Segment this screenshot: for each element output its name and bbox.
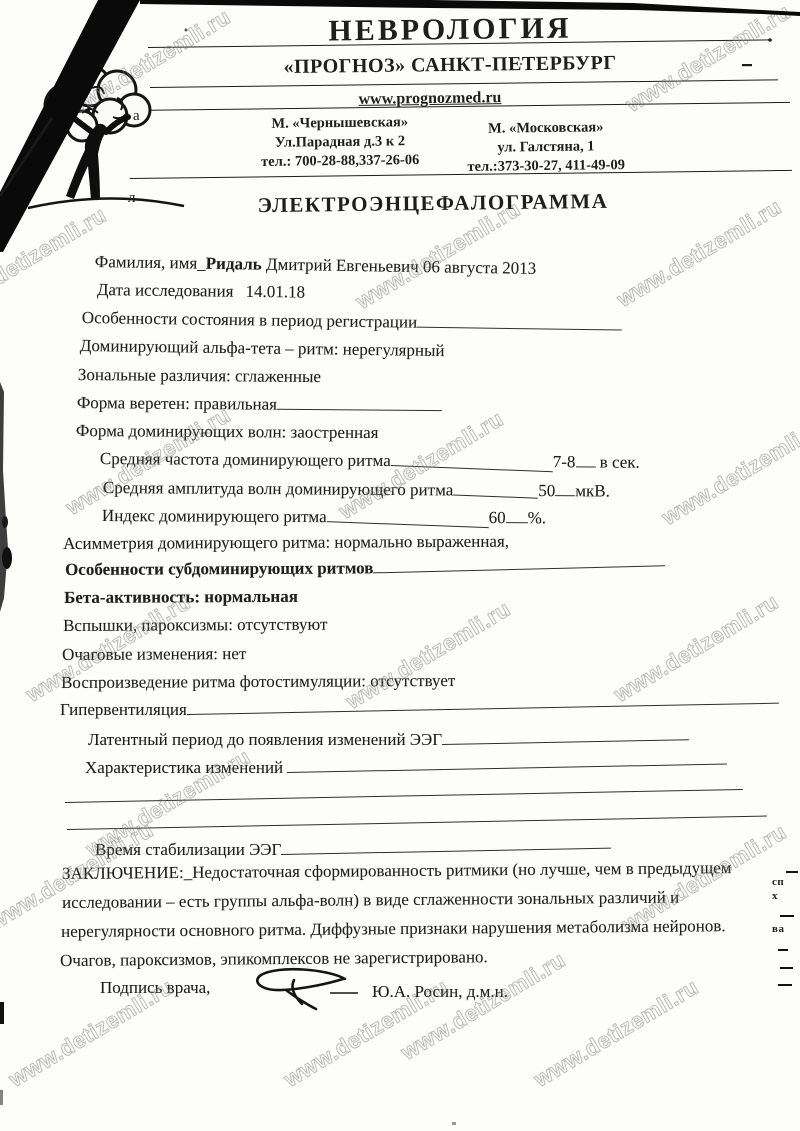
blank-line bbox=[442, 739, 689, 745]
field-photostimulation: Воспроизведение ритма фотостимуляции: от… bbox=[61, 671, 455, 693]
field-asymmetry: Асимметрия доминирующего ритма: нормальн… bbox=[63, 532, 509, 554]
left-edge-blob bbox=[2, 547, 12, 569]
clinic-website-link: www.prognozmed.ru bbox=[150, 87, 710, 112]
field-mean-amplitude: Средняя амплитуда волн доминирующего рит… bbox=[103, 478, 610, 502]
stray-letter-a: а bbox=[133, 108, 140, 125]
watermark: www.detizemli.ru bbox=[530, 967, 715, 1092]
watermark: www.detizemli.ru bbox=[658, 405, 800, 530]
field-label: Гипервентиляция bbox=[60, 700, 187, 719]
blank-line bbox=[65, 789, 743, 803]
location-moskovskaya: М. «Московская» ул. Галстяна, 1 тел.:373… bbox=[456, 118, 637, 177]
field-dominant-wave-shape: Форма доминирующих волн: заостренная bbox=[76, 421, 379, 443]
patient-surname: Ридаль bbox=[206, 254, 262, 274]
field-value: 7-8 bbox=[553, 452, 576, 471]
blank-line bbox=[67, 816, 767, 830]
field-alpha-theta-rhythm: Доминирующий альфа-тета – ритм: нерегуля… bbox=[80, 336, 445, 361]
blank-line bbox=[373, 565, 665, 573]
field-label: Время стабилизации ЭЭГ bbox=[95, 840, 281, 859]
doctor-signature-scribble bbox=[250, 966, 365, 1019]
blank-line bbox=[575, 466, 595, 467]
document-title: ЭЛЕКТРОЭНЦЕФАЛОГРАММА bbox=[133, 187, 733, 219]
field-beta-activity: Бета-активность: нормальная bbox=[64, 587, 298, 608]
field-label: Форма веретен: правильная bbox=[77, 393, 277, 414]
street-address: Ул.Парадная д.3 к 2 bbox=[250, 132, 430, 153]
conclusion-text: нерегулярности основного ритма. Диффузны… bbox=[61, 916, 726, 941]
edge-mark bbox=[778, 949, 788, 951]
blank-line bbox=[187, 703, 779, 715]
field-zonal-differences: Зональные различия: сглаженные bbox=[78, 365, 321, 387]
field-text: Бета-активность: нормальная bbox=[64, 587, 298, 607]
field-unit: в сек. bbox=[595, 452, 639, 471]
blank-line bbox=[453, 494, 538, 498]
edge-text-fragment: ва bbox=[772, 923, 784, 935]
scanned-eeg-report-page: а л НЕВРОЛОГИЯ «ПРОГНОЗ» САНКТ-ПЕТЕРБУРГ… bbox=[0, 0, 800, 1131]
left-edge-sliver bbox=[0, 382, 8, 612]
field-label: Характеристика изменений bbox=[85, 758, 287, 777]
field-latent-period: Латентный период до появления изменений … bbox=[88, 730, 689, 750]
field-label: Фамилия, имя_ bbox=[95, 252, 206, 273]
stray-letter-l: л bbox=[128, 190, 136, 207]
field-text: Асимметрия доминирующего ритма: нормальн… bbox=[63, 532, 509, 553]
doctor-name: Ю.А. Росин, д.м.н. bbox=[372, 982, 508, 1002]
brain-tree-icon bbox=[22, 58, 192, 216]
edge-mark bbox=[780, 915, 794, 917]
left-edge-mark bbox=[0, 1090, 3, 1105]
street-address: ул. Галстяна, 1 bbox=[456, 137, 636, 158]
patient-name-rest: Дмитрий Евгеньевич 06 августа 2013 bbox=[262, 255, 537, 278]
field-label: Подпись врача, bbox=[100, 978, 210, 997]
signature-label: Подпись врача, bbox=[100, 978, 210, 998]
left-edge-blob bbox=[2, 516, 8, 528]
field-patient-name: Фамилия, имя_Ридаль Дмитрий Евгеньевич 0… bbox=[95, 252, 537, 279]
field-study-date: Дата исследования14.01.18 bbox=[97, 280, 305, 303]
field-stabilization-time: Время стабилизации ЭЭГ bbox=[95, 840, 611, 860]
blank-line bbox=[506, 522, 528, 523]
blank-line bbox=[555, 495, 575, 496]
clinic-name: «ПРОГНОЗ» САНКТ-ПЕТЕРБУРГ bbox=[150, 50, 750, 80]
field-label: Дата исследования bbox=[97, 280, 234, 301]
field-focal-changes: Очаговые изменения: нет bbox=[62, 644, 246, 665]
field-text: Вспышки, пароксизмы: отсутствуют bbox=[63, 615, 327, 635]
field-dominant-rhythm-index: Индекс доминирующего ритма60%. bbox=[102, 506, 546, 528]
watermark: www.detizemli.ru bbox=[342, 589, 527, 714]
field-value: Ю.А. Росин, д.м.н. bbox=[372, 982, 508, 1001]
phone-numbers: тел.: 700-28-88,337-26-06 bbox=[250, 151, 430, 172]
clinic-brain-tree-logo bbox=[22, 58, 192, 221]
field-label: Средняя амплитуда волн доминирующего рит… bbox=[103, 478, 454, 499]
field-value: 60 bbox=[489, 508, 506, 527]
edge-mark bbox=[786, 871, 798, 873]
field-flashes-paroxysms: Вспышки, пароксизмы: отсутствуют bbox=[63, 615, 327, 636]
field-hyperventilation: Гипервентиляция bbox=[60, 700, 779, 720]
field-value: 14.01.18 bbox=[245, 282, 305, 302]
field-registration-state: Особенности состояния в период регистрац… bbox=[82, 308, 623, 336]
speck bbox=[452, 1122, 456, 1125]
blank-line bbox=[391, 465, 553, 472]
field-value: 50 bbox=[538, 481, 555, 500]
location-chernyshevskaya: М. «Чернышевская» Ул.Парадная д.3 к 2 те… bbox=[250, 113, 431, 172]
left-edge-mark bbox=[0, 1002, 4, 1024]
edge-text-fragment: х bbox=[772, 890, 778, 902]
field-spindle-shape: Форма веретен: правильная bbox=[77, 393, 442, 416]
field-change-characteristics: Характеристика изменений bbox=[85, 758, 727, 778]
blank-line bbox=[417, 327, 622, 331]
conclusion-line-1: ЗАКЛЮЧЕНИЕ:_Недостаточная сформированнос… bbox=[62, 858, 732, 884]
edge-mark bbox=[780, 967, 793, 969]
conclusion-text: ЗАКЛЮЧЕНИЕ:_Недостаточная сформированнос… bbox=[62, 858, 732, 883]
field-unit: мкВ. bbox=[575, 481, 610, 500]
field-label: Индекс доминирующего ритма bbox=[102, 506, 327, 526]
field-label: Средняя частота доминирующего ритма bbox=[100, 449, 391, 470]
conclusion-line-2: исследовании – есть группы альфа-волн) в… bbox=[62, 888, 679, 913]
field-text: Очаговые изменения: нет bbox=[62, 644, 246, 664]
field-label: Особенности субдоминирующих ритмов bbox=[65, 558, 373, 579]
field-text: Доминирующий альфа-тета – ритм: нерегуля… bbox=[80, 336, 445, 360]
watermark: www.detizemli.ru bbox=[610, 582, 795, 707]
field-unit: %. bbox=[528, 508, 547, 527]
blank-line bbox=[281, 848, 611, 855]
field-text: Зональные различия: сглаженные bbox=[78, 365, 321, 386]
blank-line bbox=[287, 764, 727, 773]
field-text: Форма доминирующих волн: заостренная bbox=[76, 421, 379, 442]
blank-line bbox=[277, 409, 442, 411]
conclusion-line-3: нерегулярности основного ритма. Диффузны… bbox=[61, 916, 726, 942]
conclusion-text: исследовании – есть группы альфа-волн) в… bbox=[62, 888, 679, 912]
field-subdominant-rhythms: Особенности субдоминирующих ритмов bbox=[65, 557, 665, 580]
field-label: Латентный период до появления изменений … bbox=[88, 730, 442, 749]
metro-station: М. «Чернышевская» bbox=[250, 113, 430, 134]
specialty-title: НЕВРОЛОГИЯ bbox=[150, 9, 750, 50]
blank-line bbox=[327, 521, 489, 528]
edge-mark bbox=[778, 984, 792, 986]
field-label: Особенности состояния в период регистрац… bbox=[82, 308, 418, 332]
metro-station: М. «Московская» bbox=[456, 118, 636, 139]
signature-icon bbox=[250, 966, 365, 1014]
edge-text-fragment: сп bbox=[772, 876, 784, 888]
field-mean-frequency: Средняя частота доминирующего ритма7-8 в… bbox=[100, 449, 640, 473]
field-text: Воспроизведение ритма фотостимуляции: от… bbox=[61, 671, 455, 692]
